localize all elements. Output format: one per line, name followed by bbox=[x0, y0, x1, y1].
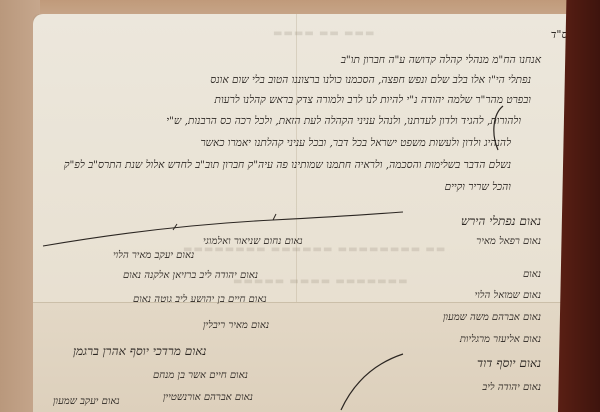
body-line: והכל שריר וקיים bbox=[445, 181, 511, 193]
signature: נאום אברהם אורנשטיין bbox=[163, 392, 253, 403]
body-line: נפתלי הי"ו אלו בלב שלם ונפש חפצה, הסכמנו… bbox=[210, 74, 531, 86]
body-line: אנחנו הח"מ מנהלי קהלה קדושה ע"ה חברון תו… bbox=[341, 54, 541, 66]
signature: נאום מרדכי יוסף אהרן ברגמן bbox=[73, 344, 206, 359]
bleed-through-text: ▬▬▬▬ ▬▬ ▬▬▬ bbox=[273, 28, 375, 39]
signature: נאום יעקב מאיר הלוי bbox=[113, 250, 194, 261]
signature: נאום יעקב שמעון bbox=[53, 396, 120, 407]
letter-paper: ▬▬▬▬ ▬▬ ▬▬▬ ▬▬▬▬▬▬▬▬ ▬▬▬▬▬▬ ▬▬▬▬▬▬▬▬ ▬▬ … bbox=[33, 14, 581, 412]
signature: נאום אברהם משה שמעון bbox=[443, 312, 541, 323]
pen-flourish bbox=[473, 104, 513, 154]
signature: נאום מאיר ריבלין bbox=[203, 320, 269, 331]
body-line: נשלם הדבר בשלימות והסכמה, ולראיה חתמנו ש… bbox=[64, 159, 511, 171]
signature: נאום נחום שניאור ואלמוגי bbox=[203, 236, 303, 247]
body-line: ולהורות, להגיד ולדון לעדתנו, ולנהל עניני… bbox=[166, 115, 521, 127]
signature: נאום אליעזר מרגליות bbox=[460, 334, 541, 345]
bleed-through-text: ▬▬▬▬▬ ▬▬▬▬ ▬▬▬▬▬▬▬ bbox=[233, 276, 409, 287]
body-line: להנהיג ולדון ולעשות משפט ישראל בכל דבר, … bbox=[200, 137, 511, 149]
signature: נאום יהודה ליב ברזיאן אלקנה נאום bbox=[123, 270, 258, 281]
signature: נאום יהודה ליב bbox=[482, 382, 541, 393]
signature: נאום נפתלי הירש bbox=[461, 214, 541, 229]
signature: נאום רפאל מאיר bbox=[476, 236, 541, 247]
signature: נאום חיים בן יהושע ליב גוטה נאום bbox=[133, 294, 267, 305]
signature: נאום bbox=[523, 269, 541, 280]
signature: נאום יוסף דוד bbox=[477, 356, 541, 371]
pen-flourish bbox=[333, 344, 413, 412]
signature: נאום חיים אשר בן מנחם bbox=[153, 370, 248, 381]
signature: נאום שמואל הלוי bbox=[475, 290, 541, 301]
